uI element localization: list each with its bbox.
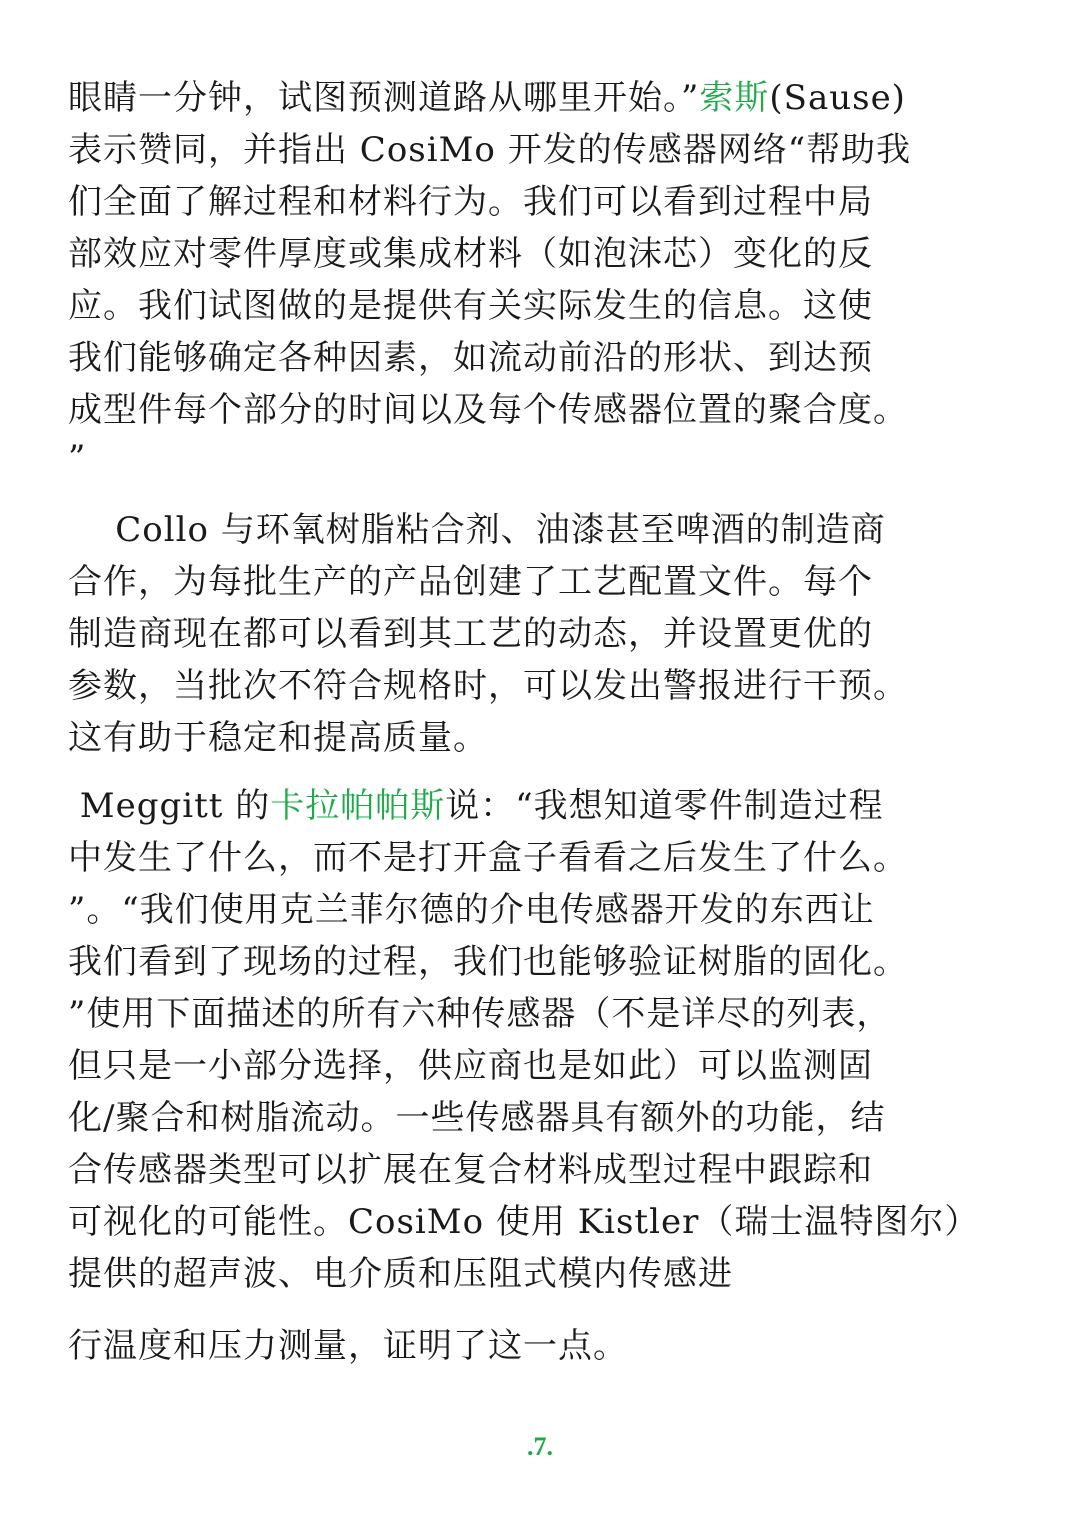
page-number: .7. (0, 1432, 1080, 1462)
text-line: 表示赞同，并指出 CosiMo 开发的传感器网络“帮助我 (68, 130, 911, 170)
text-line: 参数，当批次不符合规格时，可以发出警报进行干预。 (68, 666, 908, 706)
text-line: 合传感器类型可以扩展在复合材料成型过程中跟踪和 (68, 1150, 873, 1190)
text-line: 合作，为每批生产的产品创建了工艺配置文件。每个 (68, 562, 873, 602)
text-line: 应。我们试图做的是提供有关实际发生的信息。这使 (68, 286, 873, 326)
line-text: 说：“我想知道零件制造过程 (445, 786, 883, 826)
text-line: 提供的超声波、电介质和压阻式模内传感进 (68, 1254, 733, 1294)
text-line: Meggitt 的卡拉帕帕斯说：“我想知道零件制造过程 (68, 786, 884, 826)
text-line: ”使用下面描述的所有六种传感器（不是详尽的列表， (68, 994, 891, 1034)
text-line: 们全面了解过程和材料行为。我们可以看到过程中局 (68, 182, 873, 222)
text-line: Collo 与环氧树脂粘合剂、油漆甚至啤酒的制造商 (68, 510, 886, 550)
text-line: 制造商现在都可以看到其工艺的动态，并设置更优的 (68, 614, 873, 654)
text-line: 这有助于稳定和提高质量。 (68, 718, 488, 758)
text-line: 可视化的可能性。CosiMo 使用 Kistler（瑞士温特图尔） (68, 1202, 979, 1242)
highlighted-name: 索斯 (699, 78, 769, 118)
line-text: Meggitt 的 (68, 786, 270, 826)
text-line: 成型件每个部分的时间以及每个传感器位置的聚合度。 (68, 390, 908, 430)
text-line: 眼睛一分钟，试图预测道路从哪里开始。”索斯(Sause) (68, 78, 906, 118)
text-line: 行温度和压力测量，证明了这一点。 (68, 1326, 628, 1366)
highlighted-name: 卡拉帕帕斯 (270, 786, 445, 826)
text-line: 我们能够确定各种因素，如流动前沿的形状、到达预 (68, 338, 873, 378)
text-line: 部效应对零件厚度或集成材料（如泡沫芯）变化的反 (68, 234, 873, 274)
line-text: (Sause) (769, 78, 906, 118)
line-text: 眼睛一分钟，试图预测道路从哪里开始。” (68, 78, 699, 118)
text-line: 我们看到了现场的过程，我们也能够验证树脂的固化。 (68, 942, 908, 982)
text-line: ” (68, 438, 86, 478)
text-line: 但只是一小部分选择，供应商也是如此）可以监测固 (68, 1046, 873, 1086)
text-line: 中发生了什么，而不是打开盒子看看之后发生了什么。 (68, 838, 908, 878)
text-line: ”。“我们使用克兰菲尔德的介电传感器开发的东西让 (68, 890, 875, 930)
text-line: 化/聚合和树脂流动。一些传感器具有额外的功能，结 (68, 1098, 885, 1138)
